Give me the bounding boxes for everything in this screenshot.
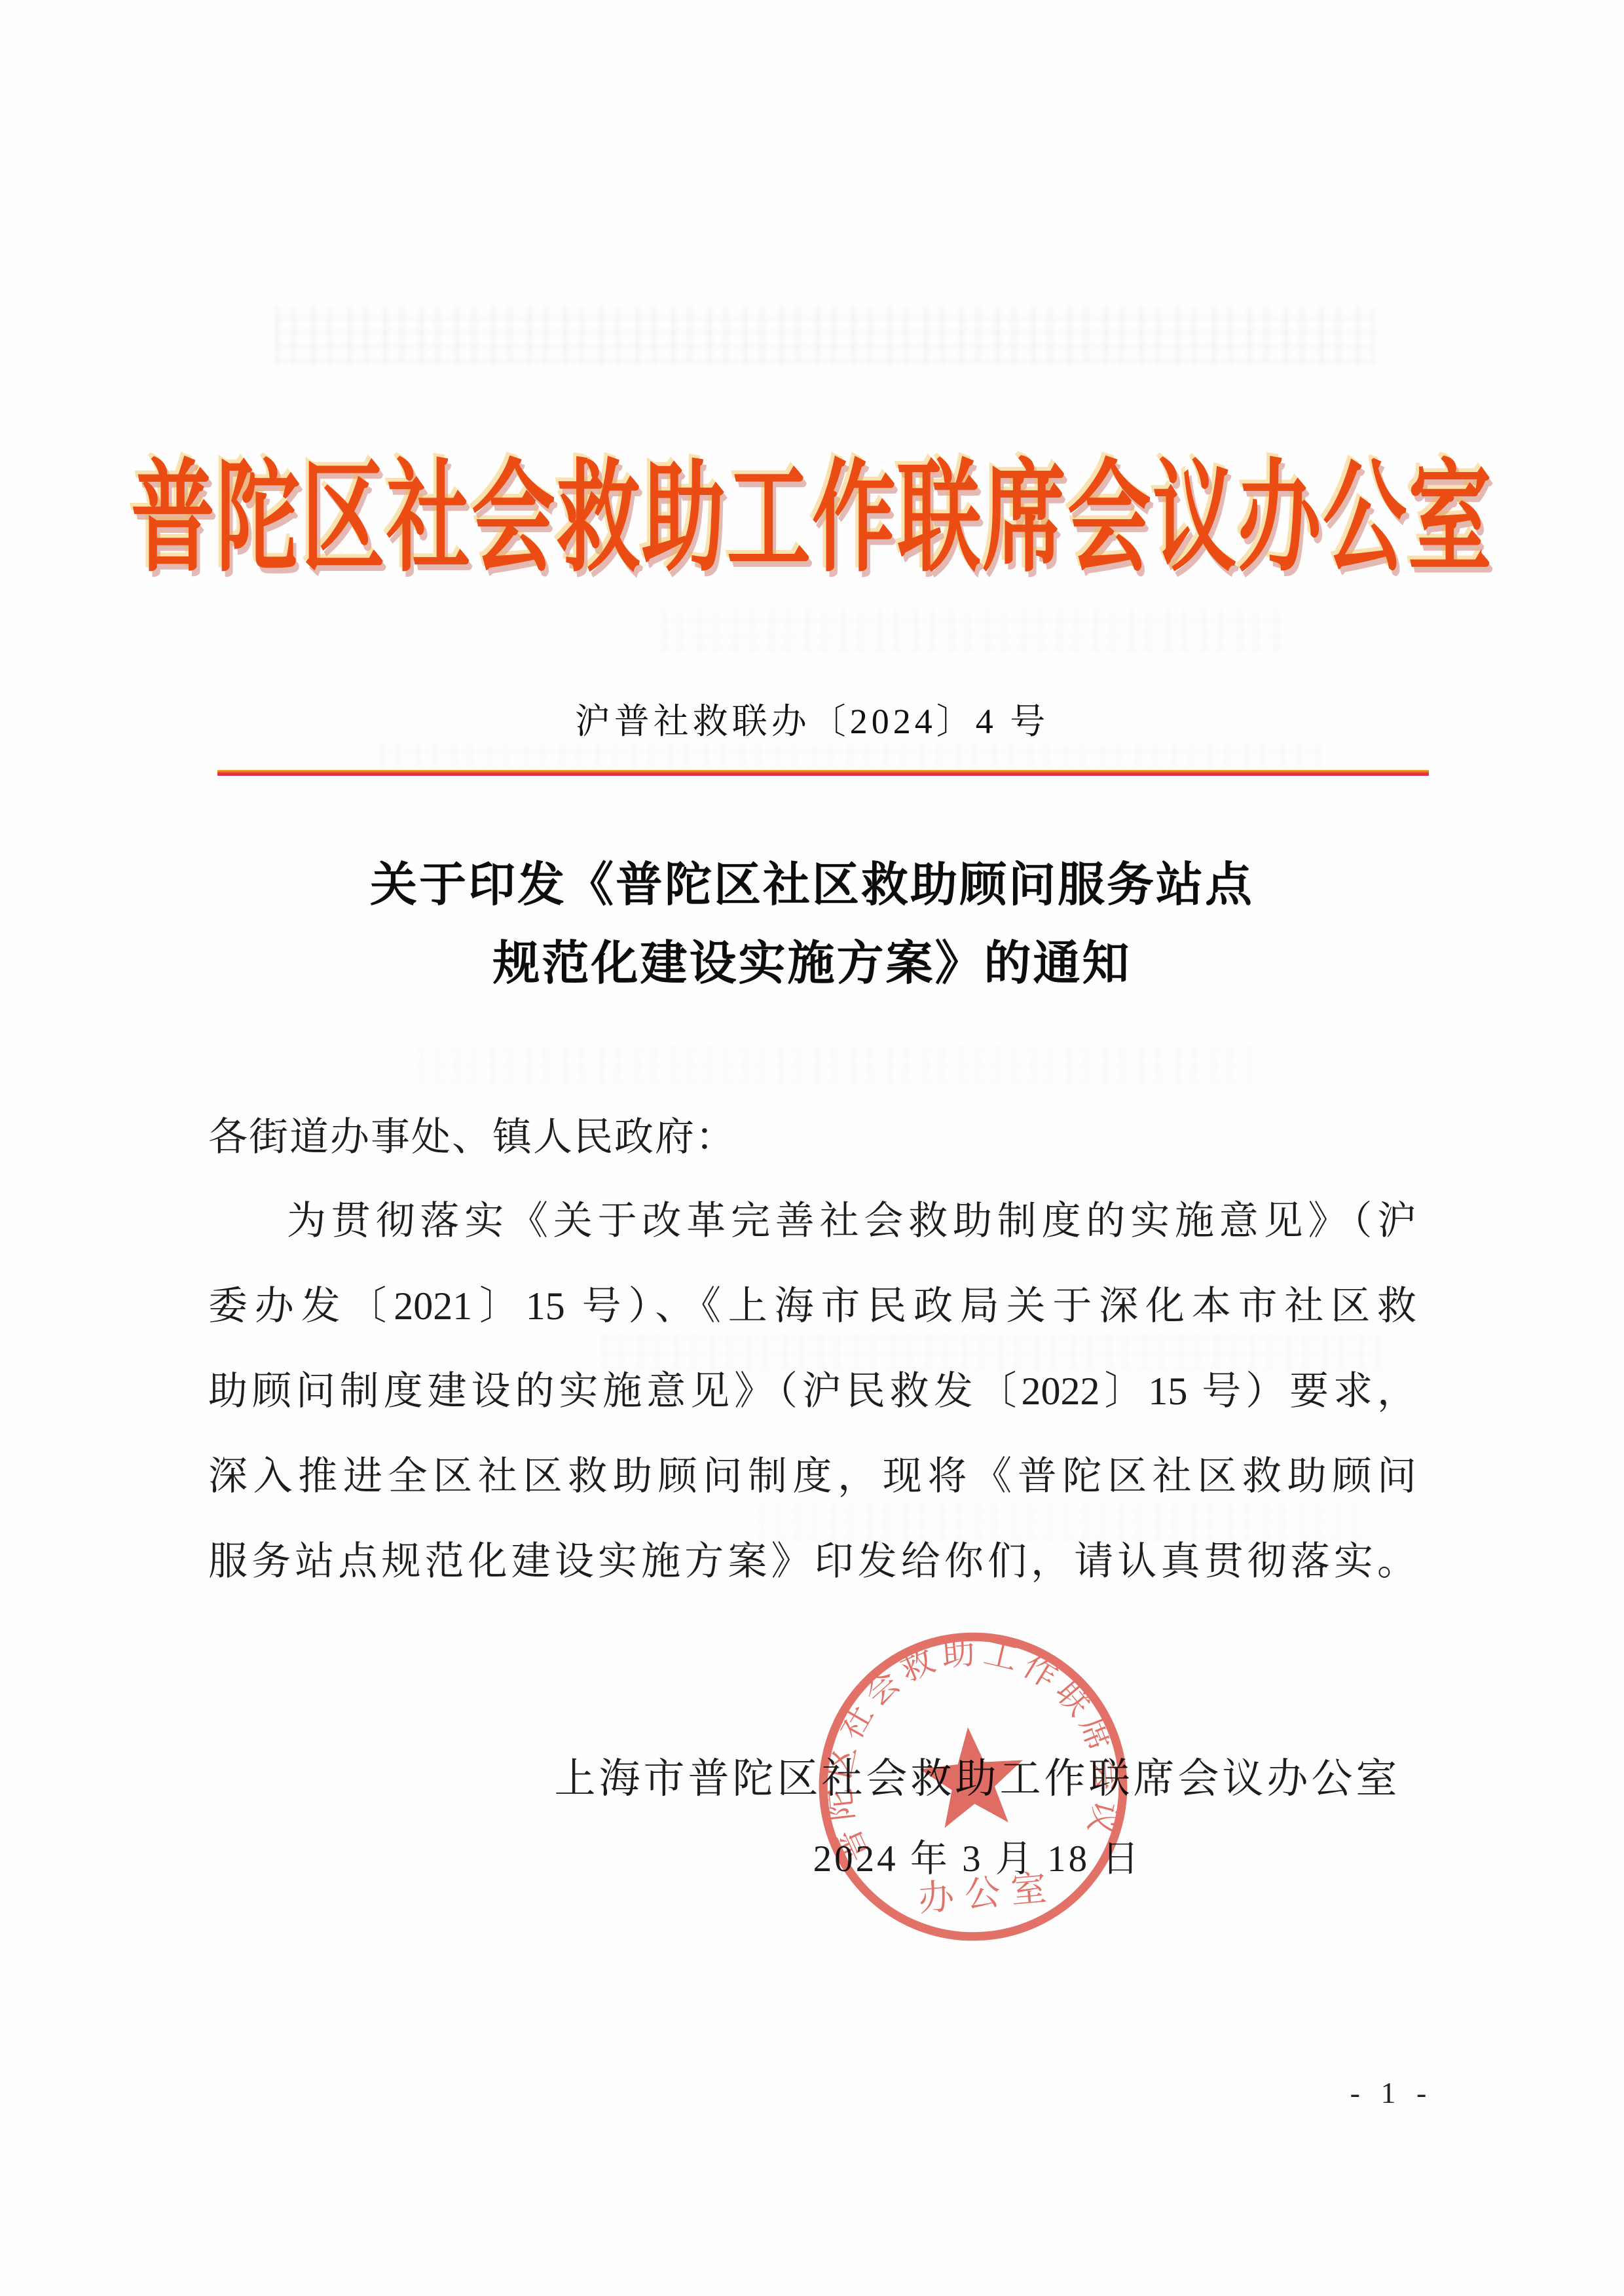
- bleed-through-artifact: [419, 1045, 1257, 1084]
- star-icon: [916, 1722, 1027, 1829]
- page-number: - 1 -: [1316, 2070, 1460, 2116]
- official-document-page: 普陀区社会救助工作联席会议办公室 沪普社救联办〔2024〕4 号 关于印发《普陀…: [0, 0, 1624, 2296]
- seal-bottom-text: 办公室: [917, 1867, 1059, 1919]
- body-line: 助顾问制度建设的实施意见》（沪民救发〔2022〕15 号）要求，: [208, 1349, 1416, 1434]
- bleed-through-artifact: [661, 609, 1283, 652]
- agency-header-title: 普陀区社会救助工作联席会议办公室: [0, 458, 1624, 580]
- document-title-line-2: 规范化建设实施方案》的通知: [0, 924, 1624, 1003]
- document-title-line-1: 关于印发《普陀区社区救助顾问服务站点: [0, 846, 1624, 924]
- document-title: 关于印发《普陀区社区救助顾问服务站点 规范化建设实施方案》的通知: [0, 846, 1624, 1003]
- document-number: 沪普社救联办〔2024〕4 号: [0, 695, 1624, 748]
- body-line: 委办发〔2021〕15 号）、《上海市民政局关于深化本市社区救: [208, 1264, 1416, 1349]
- salutation: 各街道办事处、镇人民政府：: [208, 1095, 1416, 1180]
- official-seal: 普陀区社会救助工作联席会议 办公室: [801, 1614, 1146, 1959]
- bleed-through-artifact: [275, 306, 1375, 364]
- red-header-divider: [217, 770, 1429, 776]
- body-line: 为贯彻落实《关于改革完善社会救助制度的实施意见》（沪: [208, 1178, 1416, 1264]
- body-paragraph: 为贯彻落实《关于改革完善社会救助制度的实施意见》（沪 委办发〔2021〕15 号…: [208, 1178, 1416, 1604]
- body-line: 服务站点规范化建设实施方案》印发给你们，请认真贯彻落实。: [208, 1519, 1416, 1604]
- body-line: 深入推进全区社区救助顾问制度，现将《普陀区社区救助顾问: [208, 1434, 1416, 1519]
